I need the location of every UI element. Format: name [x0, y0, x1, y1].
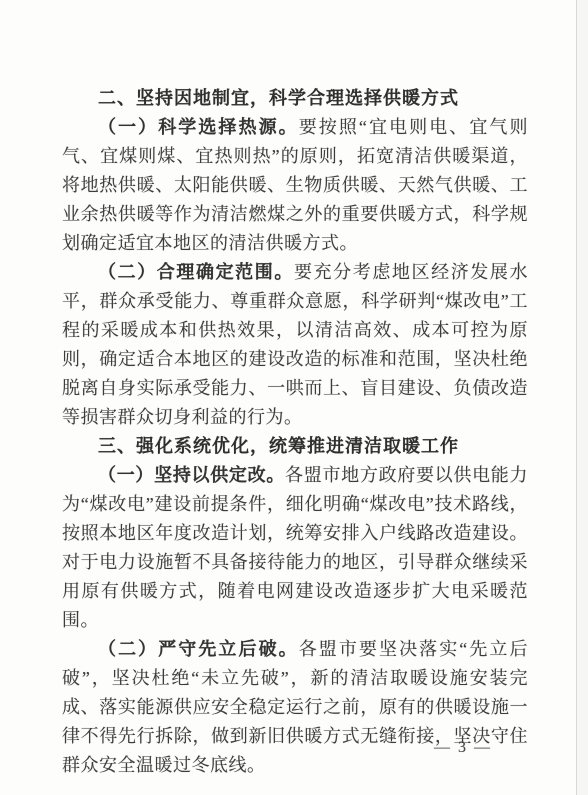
section-heading-3: 三、强化系统优化，统筹推进清洁取暖工作: [62, 432, 528, 461]
scanned-document-page: 二、坚持因地制宜，科学合理选择供暖方式 （一）科学选择热源。要按照“宜电则电、宜…: [0, 0, 588, 795]
paragraph-lead: （二）严守先立后破。: [98, 639, 299, 659]
paragraph: （一）坚持以供定改。各盟市地方政府要以供电能力为“煤改电”建设前提条件，细化明确…: [62, 461, 528, 635]
paragraph-text: 要充分考虑地区经济发展水平，群众承受能力、尊重群众意愿，科学研判“煤改电”工程的…: [62, 262, 528, 427]
document-body: 二、坚持因地制宜，科学合理选择供暖方式 （一）科学选择热源。要按照“宜电则电、宜…: [62, 84, 528, 780]
page-number: — 3 —: [434, 739, 492, 757]
paragraph-lead: （二）合理确定范围。: [98, 262, 294, 282]
paragraph-lead: （一）科学选择热源。: [98, 117, 299, 137]
paragraph-text: 要按照“宜电则电、宜气则气、宜煤则煤、宜热则热”的原则，拓宽清洁供暖渠道，将地热…: [62, 117, 528, 253]
paragraph: （二）合理确定范围。要充分考虑地区经济发展水平，群众承受能力、尊重群众意愿，科学…: [62, 258, 528, 432]
scan-edge-line: [576, 0, 577, 795]
paragraph-text: 各盟市地方政府要以供电能力为“煤改电”建设前提条件，细化明确“煤改电”技术路线，…: [62, 465, 528, 630]
paragraph: （二）严守先立后破。各盟市要坚决落实“先立后破”，坚决杜绝“未立先破”，新的清洁…: [62, 635, 528, 780]
paragraph: （一）科学选择热源。要按照“宜电则电、宜气则气、宜煤则煤、宜热则热”的原则，拓宽…: [62, 113, 528, 258]
paragraph-lead: （一）坚持以供定改。: [98, 465, 285, 485]
scan-edge-strip: [577, 0, 588, 795]
section-heading-2: 二、坚持因地制宜，科学合理选择供暖方式: [62, 84, 528, 113]
